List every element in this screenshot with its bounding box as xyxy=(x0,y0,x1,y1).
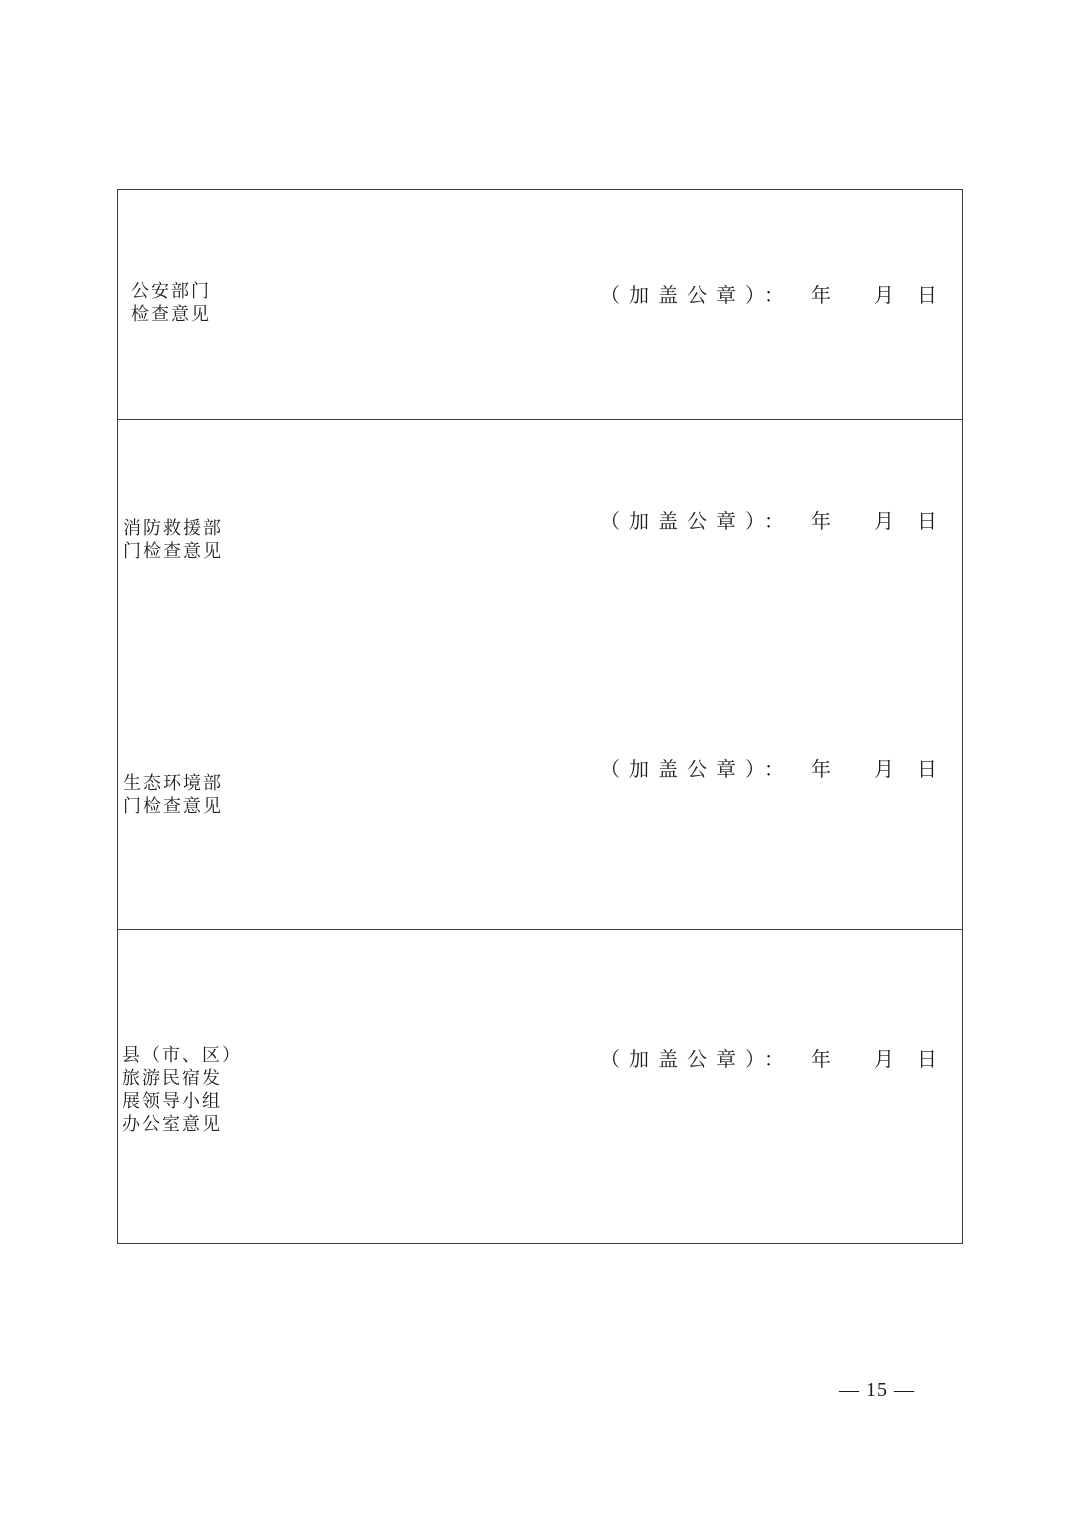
inspection-opinion-table: 公安部门 检查意见 （加盖公章）： 年 月 日 消防救援部 门检查意见 （加盖公… xyxy=(117,189,963,1244)
stamp-seal-label: （加盖公章）： xyxy=(600,279,793,308)
stamp-seal-line: （加盖公章）： 年 月 日 xyxy=(118,753,962,781)
month-label: 月 xyxy=(874,505,894,534)
day-label: 日 xyxy=(917,1043,937,1072)
stamp-seal-label: （加盖公章）： xyxy=(600,753,793,782)
page-number: — 15 — xyxy=(839,1379,915,1402)
month-label: 月 xyxy=(874,1043,894,1072)
table-cell-county-homestay-office: 县（市、区） 旅游民宿发 展领导小组 办公室意见 （加盖公章）： 年 月 日 xyxy=(118,929,962,1241)
month-label: 月 xyxy=(874,279,894,308)
stamp-seal-line: （加盖公章）： 年 月 日 xyxy=(118,505,962,533)
stamp-seal-label: （加盖公章）： xyxy=(600,505,793,534)
year-label: 年 xyxy=(811,279,831,308)
year-label: 年 xyxy=(811,505,831,534)
label-line: 办公室意见 xyxy=(122,1113,242,1136)
year-label: 年 xyxy=(811,753,831,782)
stamp-seal-label: （加盖公章）： xyxy=(600,1043,793,1072)
label-line: 展领导小组 xyxy=(122,1090,242,1113)
document-page: 公安部门 检查意见 （加盖公章）： 年 月 日 消防救援部 门检查意见 （加盖公… xyxy=(0,0,1074,1520)
year-label: 年 xyxy=(811,1043,831,1072)
stamp-seal-line: （加盖公章）： 年 月 日 xyxy=(118,1043,962,1071)
day-label: 日 xyxy=(917,505,937,534)
table-cell-public-security: 公安部门 检查意见 （加盖公章）： 年 月 日 xyxy=(118,190,962,419)
table-cell-fire-and-environment: 消防救援部 门检查意见 （加盖公章）： 年 月 日 生态环境部 门检查意见 （加… xyxy=(118,419,962,929)
day-label: 日 xyxy=(917,279,937,308)
day-label: 日 xyxy=(917,753,937,782)
label-line: 门检查意见 xyxy=(123,795,223,818)
label-line: 门检查意见 xyxy=(123,540,223,563)
month-label: 月 xyxy=(874,753,894,782)
stamp-seal-line: （加盖公章）： 年 月 日 xyxy=(118,279,962,307)
